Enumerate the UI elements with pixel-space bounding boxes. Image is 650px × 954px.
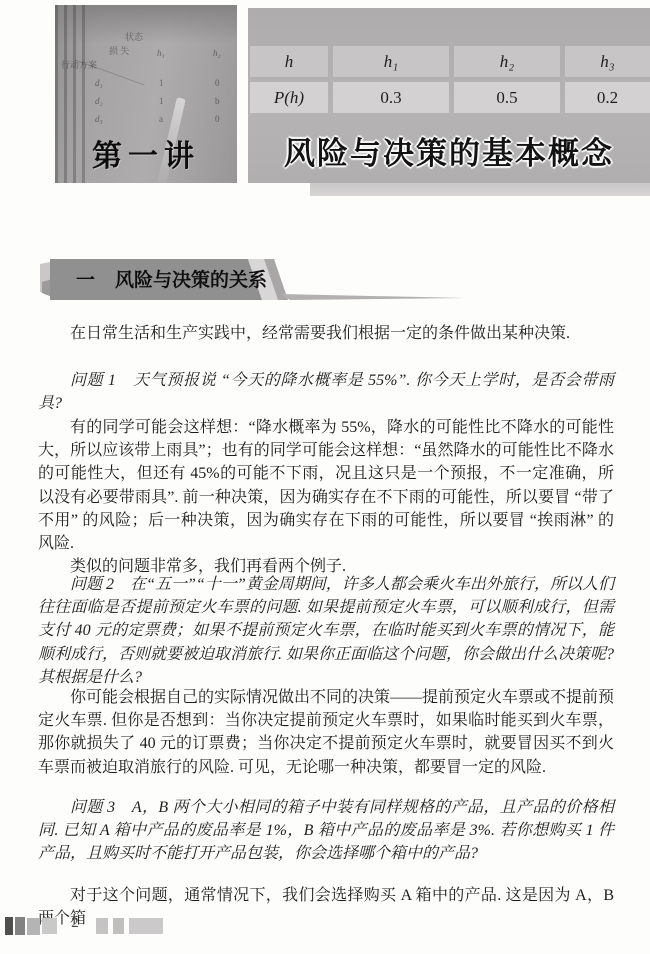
table-cell-h: h [250, 46, 328, 77]
intro-paragraph: 在日常生活和生产实践中，经常需要我们根据一定的条件做出某种决策. [38, 322, 614, 345]
table-cell-ph: P(h) [250, 82, 328, 113]
problem-1: 问题 1 天气预报说 “今天的降水概率是 55%”. 你今天上学时，是否会带雨具… [38, 369, 614, 415]
faint-cell: d₁ [95, 79, 103, 88]
section-heading: 一风险与决策的关系 [76, 265, 267, 292]
faint-col-h2: h₂ [213, 49, 221, 58]
table-cell-p1: 0.3 [333, 82, 449, 113]
print-mark [15, 917, 25, 935]
paragraph: 你可能会根据自己的实际情况做出不同的决策——提前预定火车票或不提前预定火车票. … [38, 686, 614, 779]
section-number: 一 [76, 270, 95, 291]
faint-label-action: 行动方案 [61, 61, 97, 70]
table-value-row: P(h) 0.3 0.5 0.2 [248, 82, 650, 113]
chapter-title: 风险与决策的基本概念 [248, 128, 650, 173]
print-mark [129, 918, 163, 934]
print-mark [5, 917, 13, 935]
table-cell-p3: 0.2 [565, 82, 650, 113]
faint-cell: b [215, 97, 220, 106]
faint-cell: 1 [159, 79, 164, 88]
footer-print-marks-right [96, 918, 165, 934]
discussion-2: 你可能会根据自己的实际情况做出不同的决策——提前预定火车票或不提前预定火车票. … [38, 686, 614, 779]
faint-col-h1: h₁ [157, 49, 165, 58]
paragraph: 有的同学可能会这样想：“降水概率为 55%，降水的可能性比不降水的可能性大，所以… [38, 416, 614, 555]
paragraph: 问题 2 在“五一”“十一”黄金周期间，许多人都会乘火车出外旅行，所以人们往往面… [38, 573, 614, 689]
section-banner: 一风险与决策的关系 [36, 256, 468, 304]
print-mark [113, 918, 124, 934]
paragraph: 问题 1 天气预报说 “今天的降水概率是 55%”. 你今天上学时，是否会带雨具… [38, 369, 614, 415]
faint-decision-table: 状态 损 失 行动方案 h₁ h₂ d₁ 1 0 d₂ 1 b d₃ a 0 [61, 31, 233, 127]
footer-print-marks-left [5, 917, 59, 935]
lecture-number-label: 第一讲 [55, 131, 237, 175]
section-title: 风险与决策的关系 [115, 270, 267, 291]
problem-3: 问题 3 A，B 两个大小相同的箱子中装有同样规格的产品，且产品的价格相同. 已… [38, 796, 614, 866]
print-mark [96, 918, 108, 934]
table-cell-h3: h₃ [565, 46, 650, 77]
print-mark [42, 918, 57, 934]
faint-label-state: 状态 [125, 33, 143, 42]
faint-cell: 0 [215, 115, 220, 124]
discussion-1: 有的同学可能会这样想：“降水概率为 55%，降水的可能性比不降水的可能性大，所以… [38, 416, 614, 578]
print-mark [27, 918, 40, 935]
header-shadow-strip [310, 183, 650, 196]
chapter-header-panel: h h₁ h₂ h₃ P(h) 0.3 0.5 0.2 风险与决策的基本概念 [248, 8, 650, 183]
problem-2: 问题 2 在“五一”“十一”黄金周期间，许多人都会乘火车出外旅行，所以人们往往面… [38, 573, 614, 689]
probability-table: h h₁ h₂ h₃ P(h) 0.3 0.5 0.2 [248, 46, 650, 118]
table-cell-h2: h₂ [454, 46, 560, 77]
faint-cell: 0 [215, 79, 220, 88]
table-cell-p2: 0.5 [454, 82, 560, 113]
faint-cell: a [159, 115, 163, 124]
table-header-row: h h₁ h₂ h₃ [248, 46, 650, 77]
paragraph: 在日常生活和生产实践中，经常需要我们根据一定的条件做出某种决策. [38, 322, 614, 345]
faint-cell: d₃ [95, 115, 103, 124]
faint-label-loss: 损 失 [109, 47, 129, 56]
page-number: 2 [66, 915, 84, 932]
faint-cell: 1 [159, 97, 164, 106]
paragraph: 问题 3 A，B 两个大小相同的箱子中装有同样规格的产品，且产品的价格相同. 已… [38, 796, 614, 866]
table-cell-h1: h₁ [333, 46, 449, 77]
faint-cell: d₂ [95, 97, 103, 106]
textbook-page: 状态 损 失 行动方案 h₁ h₂ d₁ 1 0 d₂ 1 b d₃ a 0 第… [0, 0, 650, 954]
chapter-photo-panel: 状态 损 失 行动方案 h₁ h₂ d₁ 1 0 d₂ 1 b d₃ a 0 第… [55, 5, 237, 183]
